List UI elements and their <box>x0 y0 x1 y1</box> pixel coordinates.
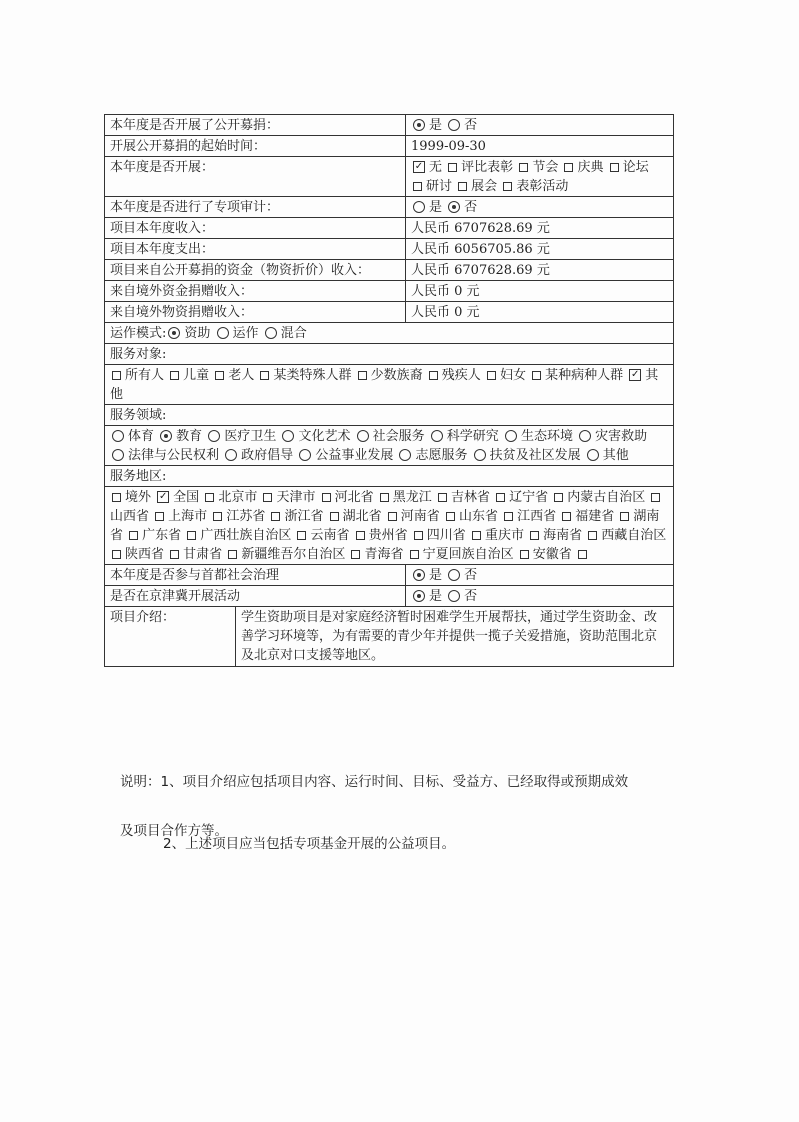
option-label: 运作 <box>233 326 259 341</box>
service-targets-option[interactable]: 儿童 <box>168 368 209 383</box>
radio-icon[interactable] <box>112 449 124 461</box>
checkbox-icon[interactable] <box>205 493 214 502</box>
service-regions-option[interactable]: 江苏省 <box>211 509 265 524</box>
operation-mode-row: 运作模式:资助 运作 混合 <box>105 323 674 344</box>
checkbox-icon[interactable] <box>458 182 467 191</box>
option-label: 公益事业发展 <box>315 448 393 463</box>
service-fields-option[interactable]: 法律与公民权利 <box>110 448 219 463</box>
option-label: 儿童 <box>183 368 209 383</box>
option-label: 资助 <box>184 326 210 341</box>
service-regions-option[interactable]: 福建省 <box>560 509 614 524</box>
row-value: 人民币 6707628.69 元 <box>406 218 674 239</box>
option-label: 天津市 <box>276 490 315 505</box>
yes-radio[interactable] <box>413 119 425 131</box>
service-regions-option[interactable]: 云南省 <box>295 528 349 543</box>
form-row: 来自境外资金捐赠收入：人民币 0 元 <box>105 281 674 302</box>
service-regions-option[interactable]: 甘肃省 <box>168 547 222 562</box>
service-regions-option[interactable]: 海南省 <box>528 528 582 543</box>
option-label: 内蒙古自治区 <box>567 490 645 505</box>
option-label: 江西省 <box>517 509 556 524</box>
service-regions-option[interactable]: 贵州省 <box>354 528 408 543</box>
service-fields-option[interactable]: 社会服务 <box>355 429 425 444</box>
checkbox-icon[interactable] <box>129 531 138 540</box>
option-label: 文化艺术 <box>298 429 350 444</box>
checkbox-icon[interactable] <box>410 550 419 559</box>
radio-icon[interactable] <box>505 430 517 442</box>
service-regions-option[interactable]: 北京市 <box>203 490 257 505</box>
intro-label: 项目介绍： <box>105 607 236 666</box>
radio-icon[interactable] <box>579 430 591 442</box>
service-regions-option[interactable]: 吉林省 <box>436 490 490 505</box>
checkbox-icon[interactable]: ✓ <box>413 161 425 173</box>
checkbox-icon[interactable] <box>651 493 660 502</box>
row-label: 项目来自公开募捐的资金（物资折价）收入： <box>105 260 406 281</box>
option-item[interactable]: 节会 <box>517 160 558 175</box>
option-item[interactable]: 展会 <box>456 179 497 194</box>
checkbox-icon[interactable] <box>187 531 196 540</box>
checkbox-icon[interactable] <box>562 512 571 521</box>
option-label: 展会 <box>471 179 497 194</box>
option-label: 庆典 <box>577 160 603 175</box>
service-fields-options-row: 体育 教育 医疗卫生 文化艺术 社会服务 科学研究 生态环境 灾害救助 法律与公… <box>105 426 674 466</box>
option-label: 社会服务 <box>373 429 425 444</box>
option-label: 所有人 <box>125 368 164 383</box>
service-regions-option[interactable]: 广西壮族自治区 <box>185 528 291 543</box>
service-regions-option[interactable]: 天津市 <box>261 490 315 505</box>
option-label: 科学研究 <box>447 429 499 444</box>
service-regions-option[interactable]: 青海省 <box>349 547 403 562</box>
option-label: 湖北省 <box>343 509 382 524</box>
no-radio[interactable] <box>448 201 460 213</box>
service-regions-option[interactable]: 宁夏回族自治区 <box>408 547 514 562</box>
option-label: 黑龙江 <box>393 490 432 505</box>
intro-table: 项目介绍：学生资助项目是对家庭经济暂时困难学生开展帮扶，通过学生资助金、改善学习… <box>105 607 673 666</box>
service-regions-option[interactable]: 黑龙江 <box>378 490 432 505</box>
service-fields-option[interactable]: 文化艺术 <box>280 429 350 444</box>
option-label: 扶贫及社区发展 <box>490 448 581 463</box>
checkbox-icon[interactable] <box>112 371 121 380</box>
radio-icon[interactable] <box>357 430 369 442</box>
checkbox-icon[interactable] <box>330 512 339 521</box>
checkbox-icon[interactable] <box>564 163 573 172</box>
radio-icon[interactable] <box>431 430 443 442</box>
service-targets-label: 服务对象: <box>110 347 166 362</box>
checkbox-icon[interactable] <box>413 182 422 191</box>
option-label: 无 <box>429 160 442 175</box>
option-label: 贵州省 <box>369 528 408 543</box>
service-regions-option[interactable] <box>576 547 591 562</box>
checkbox-icon[interactable] <box>610 163 619 172</box>
capital-governance-row: 本年度是否参与首都社会治理是 否 <box>105 565 674 586</box>
service-fields-option[interactable]: 其他 <box>585 448 629 463</box>
service-fields-label: 服务领域: <box>110 408 166 423</box>
checkbox-icon[interactable] <box>532 371 541 380</box>
no-radio[interactable] <box>448 590 460 602</box>
checkbox-icon[interactable] <box>578 550 587 559</box>
option-label: 老人 <box>228 368 254 383</box>
option-label: 新疆维吾尔自治区 <box>241 547 345 562</box>
yes-label: 是 <box>429 568 442 583</box>
checkbox-icon[interactable] <box>297 531 306 540</box>
option-label: 表彰活动 <box>516 179 568 194</box>
checkbox-icon[interactable] <box>446 512 455 521</box>
option-label: 安徽省 <box>533 547 572 562</box>
jingjinji-row: 是否在京津冀开展活动是 否 <box>105 586 674 607</box>
option-item[interactable]: ✓无 <box>411 160 442 175</box>
option-label: 海南省 <box>543 528 582 543</box>
option-label: 残疾人 <box>442 368 481 383</box>
service-targets-option[interactable]: 残疾人 <box>427 368 481 383</box>
checkbox-icon[interactable]: ✓ <box>157 491 169 503</box>
radio-icon[interactable] <box>587 449 599 461</box>
option-label: 生态环境 <box>521 429 573 444</box>
option-label: 节会 <box>532 160 558 175</box>
option-label: 陕西省 <box>125 547 164 562</box>
form-row: 本年度是否开展了公开募捐：是 否 <box>105 115 674 136</box>
checkbox-icon[interactable] <box>322 493 331 502</box>
operation-mode-label: 运作模式: <box>110 326 166 341</box>
checkbox-icon[interactable] <box>496 493 505 502</box>
operation-mode-option[interactable]: 混合 <box>263 326 307 341</box>
checkbox-icon[interactable] <box>271 512 280 521</box>
checkbox-icon[interactable] <box>519 163 528 172</box>
option-label: 河北省 <box>335 490 374 505</box>
service-regions-option[interactable]: 辽宁省 <box>494 490 548 505</box>
row-label: 来自境外物资捐赠收入： <box>105 302 406 323</box>
service-regions-header-row: 服务地区: <box>105 466 674 487</box>
option-label: 上海市 <box>168 509 207 524</box>
radio-icon[interactable] <box>217 327 229 339</box>
service-fields-header-row-cell: 服务领域: <box>105 405 674 426</box>
service-fields-header-row: 服务领域: <box>105 405 674 426</box>
checkbox-icon[interactable] <box>588 531 597 540</box>
checkbox-icon[interactable] <box>358 371 367 380</box>
form-row: 项目来自公开募捐的资金（物资折价）收入：人民币 6707628.69 元 <box>105 260 674 281</box>
option-item[interactable]: 表彰活动 <box>501 179 568 194</box>
option-item[interactable]: 论坛 <box>608 160 649 175</box>
service-fields-option[interactable]: 扶贫及社区发展 <box>472 448 581 463</box>
service-regions-option[interactable]: 境外 <box>110 490 151 505</box>
checkbox-icon[interactable] <box>438 493 447 502</box>
checkbox-icon[interactable] <box>472 531 481 540</box>
option-label: 云南省 <box>310 528 349 543</box>
checkbox-icon[interactable] <box>503 182 512 191</box>
service-regions-option[interactable]: 湖北省 <box>328 509 382 524</box>
row-value: 是 否 <box>406 115 674 136</box>
service-fields-option[interactable]: 医疗卫生 <box>206 429 276 444</box>
note-line-1: 说明：1、项目介绍应包括项目内容、运行时间、目标、受益方、已经取得或预期成效 <box>120 770 628 790</box>
service-targets-options-row-cell: 所有人 儿童 老人 某类特殊人群 少数族裔 残疾人 妇女 某种病种人群 ✓其他 <box>105 365 674 405</box>
service-fields-option[interactable]: 体育 <box>110 429 154 444</box>
service-fields-options-row-cell: 体育 教育 医疗卫生 文化艺术 社会服务 科学研究 生态环境 灾害救助 法律与公… <box>105 426 674 466</box>
service-regions-option[interactable]: 四川省 <box>412 528 466 543</box>
row-value: 人民币 0 元 <box>406 302 674 323</box>
yes-label: 是 <box>429 589 442 604</box>
option-label: 志愿服务 <box>415 448 467 463</box>
service-regions-header-row-cell: 服务地区: <box>105 466 674 487</box>
form-row: 来自境外物资捐赠收入：人民币 0 元 <box>105 302 674 323</box>
form-row: 开展公开募捐的起始时间：1999-09-30 <box>105 136 674 157</box>
row-label: 是否在京津冀开展活动 <box>105 586 406 607</box>
service-targets-header-row: 服务对象: <box>105 344 674 365</box>
service-targets-option[interactable]: 某种病种人群 <box>530 368 623 383</box>
service-regions-option[interactable]: 上海市 <box>153 509 207 524</box>
option-label: 河南省 <box>401 509 440 524</box>
service-targets-option[interactable]: 老人 <box>213 368 254 383</box>
checkbox-icon[interactable] <box>213 512 222 521</box>
checkbox-icon[interactable] <box>429 371 438 380</box>
service-regions-label: 服务地区: <box>110 469 166 484</box>
checkbox-icon[interactable] <box>112 493 121 502</box>
no-label: 否 <box>464 118 477 133</box>
service-regions-option[interactable]: 河北省 <box>320 490 374 505</box>
service-regions-option[interactable]: 山东省 <box>444 509 498 524</box>
option-label: 四川省 <box>427 528 466 543</box>
service-regions-option[interactable]: ✓全国 <box>155 490 199 505</box>
checkbox-icon[interactable] <box>487 371 496 380</box>
row-label: 本年度是否开展了公开募捐： <box>105 115 406 136</box>
option-label: 西藏自治区 <box>601 528 666 543</box>
option-label: 论坛 <box>623 160 649 175</box>
service-regions-option[interactable]: 重庆市 <box>470 528 524 543</box>
radio-icon[interactable] <box>225 449 237 461</box>
row-value: 是 否 <box>406 565 674 586</box>
radio-icon[interactable] <box>208 430 220 442</box>
form-row: 项目本年度收入：人民币 6707628.69 元 <box>105 218 674 239</box>
option-label: 政府倡导 <box>241 448 293 463</box>
checkbox-icon[interactable] <box>554 493 563 502</box>
option-label: 医疗卫生 <box>224 429 276 444</box>
option-label: 其他 <box>603 448 629 463</box>
checkbox-icon[interactable]: ✓ <box>629 369 641 381</box>
option-label: 境外 <box>125 490 151 505</box>
row-value: 是 否 <box>406 197 674 218</box>
service-targets-header-row-cell: 服务对象: <box>105 344 674 365</box>
radio-icon[interactable] <box>282 430 294 442</box>
service-regions-option[interactable]: 内蒙古自治区 <box>552 490 645 505</box>
option-label: 混合 <box>281 326 307 341</box>
row-label: 开展公开募捐的起始时间： <box>105 136 406 157</box>
service-regions-option[interactable]: 浙江省 <box>269 509 323 524</box>
service-regions-option[interactable]: 安徽省 <box>518 547 572 562</box>
option-label: 法律与公民权利 <box>128 448 219 463</box>
service-fields-option[interactable]: 科学研究 <box>429 429 499 444</box>
option-label: 宁夏回族自治区 <box>423 547 514 562</box>
radio-icon[interactable] <box>299 449 311 461</box>
operation-mode-row-cell: 运作模式:资助 运作 混合 <box>105 323 674 344</box>
no-radio[interactable] <box>448 569 460 581</box>
checkbox-icon[interactable] <box>520 550 529 559</box>
row-value: 1999-09-30 <box>406 136 674 157</box>
service-regions-option[interactable]: 广东省 <box>127 528 181 543</box>
checkbox-icon[interactable] <box>380 493 389 502</box>
checkbox-icon[interactable] <box>170 550 179 559</box>
service-fields-option[interactable]: 公益事业发展 <box>297 448 393 463</box>
option-label: 辽宁省 <box>509 490 548 505</box>
document-page: 本年度是否开展了公开募捐：是 否开展公开募捐的起始时间：1999-09-30本年… <box>0 0 799 1122</box>
service-targets-option[interactable]: 某类特殊人群 <box>258 368 351 383</box>
service-regions-option[interactable]: 河南省 <box>386 509 440 524</box>
option-label: 青海省 <box>364 547 403 562</box>
option-label: 体育 <box>128 429 154 444</box>
option-label: 福建省 <box>575 509 614 524</box>
checkbox-icon[interactable] <box>112 550 121 559</box>
option-label: 山西省 <box>110 509 149 524</box>
option-label: 某种病种人群 <box>545 368 623 383</box>
service-fields-option[interactable]: 志愿服务 <box>397 448 467 463</box>
option-label: 重庆市 <box>485 528 524 543</box>
service-targets-options-row: 所有人 儿童 老人 某类特殊人群 少数族裔 残疾人 妇女 某种病种人群 ✓其他 <box>105 365 674 405</box>
row-label: 本年度是否参与首都社会治理 <box>105 565 406 586</box>
row-label: 项目本年度收入： <box>105 218 406 239</box>
option-label: 灾害救助 <box>595 429 647 444</box>
project-form-table: 本年度是否开展了公开募捐：是 否开展公开募捐的起始时间：1999-09-30本年… <box>104 114 674 667</box>
yes-radio[interactable] <box>413 201 425 213</box>
service-regions-option[interactable]: 江西省 <box>502 509 556 524</box>
no-label: 否 <box>464 200 477 215</box>
checkbox-icon[interactable] <box>620 512 629 521</box>
service-regions-options-row-cell: 境外 ✓全国 北京市 天津市 河北省 黑龙江 吉林省 辽宁省 内蒙古自治区 山西… <box>105 487 674 565</box>
row-label: 本年度是否开展： <box>105 157 406 197</box>
intro-text: 学生资助项目是对家庭经济暂时困难学生开展帮扶，通过学生资助金、改善学习环境等，为… <box>236 607 674 666</box>
checkbox-icon[interactable] <box>263 493 272 502</box>
radio-icon[interactable] <box>474 449 486 461</box>
option-label: 某类特殊人群 <box>273 368 351 383</box>
checkbox-icon[interactable] <box>356 531 365 540</box>
option-item[interactable]: 庆典 <box>562 160 603 175</box>
service-targets-option[interactable]: 少数族裔 <box>356 368 423 383</box>
option-label: 江苏省 <box>226 509 265 524</box>
option-item[interactable]: 评比表彰 <box>446 160 513 175</box>
yes-label: 是 <box>429 118 442 133</box>
radio-icon[interactable] <box>265 327 277 339</box>
checkbox-icon[interactable] <box>530 531 539 540</box>
checkbox-icon[interactable] <box>414 531 423 540</box>
service-targets-option[interactable]: 妇女 <box>485 368 526 383</box>
option-label: 研讨 <box>426 179 452 194</box>
radio-icon[interactable] <box>168 327 180 339</box>
checkbox-icon[interactable] <box>215 371 224 380</box>
option-label: 广西壮族自治区 <box>200 528 291 543</box>
option-label: 评比表彰 <box>461 160 513 175</box>
intro-row: 项目介绍：学生资助项目是对家庭经济暂时困难学生开展帮扶，通过学生资助金、改善学习… <box>105 607 674 667</box>
checkbox-icon[interactable] <box>155 512 164 521</box>
operation-mode-option[interactable]: 资助 <box>166 326 210 341</box>
option-label: 山东省 <box>459 509 498 524</box>
radio-icon[interactable] <box>160 430 172 442</box>
checkbox-icon[interactable] <box>170 371 179 380</box>
row-value: 是 否 <box>406 586 674 607</box>
row-value: 人民币 6056705.86 元 <box>406 239 674 260</box>
option-label: 甘肃省 <box>183 547 222 562</box>
row-value: 人民币 0 元 <box>406 281 674 302</box>
no-radio[interactable] <box>448 119 460 131</box>
yes-radio[interactable] <box>413 590 425 602</box>
yes-label: 是 <box>429 200 442 215</box>
checkbox-icon[interactable] <box>228 550 237 559</box>
note-line-3: 2、上述项目应当包括专项基金开展的公益项目。 <box>163 832 455 852</box>
option-label: 吉林省 <box>451 490 490 505</box>
no-label: 否 <box>464 568 477 583</box>
row-value: ✓无 评比表彰 节会 庆典 论坛 研讨 展会 表彰活动 <box>406 157 674 197</box>
yes-radio[interactable] <box>413 569 425 581</box>
option-item[interactable]: 研讨 <box>411 179 452 194</box>
service-fields-option[interactable]: 灾害救助 <box>577 429 647 444</box>
row-label: 来自境外资金捐赠收入： <box>105 281 406 302</box>
option-label: 全国 <box>173 490 199 505</box>
checkbox-icon[interactable] <box>388 512 397 521</box>
option-label: 北京市 <box>218 490 257 505</box>
radio-icon[interactable] <box>399 449 411 461</box>
service-regions-option[interactable]: 新疆维吾尔自治区 <box>226 547 345 562</box>
form-row: 项目本年度支出：人民币 6056705.86 元 <box>105 239 674 260</box>
option-label: 广东省 <box>142 528 181 543</box>
checkbox-icon[interactable] <box>448 163 457 172</box>
checkbox-icon[interactable] <box>260 371 269 380</box>
intro-cell: 项目介绍：学生资助项目是对家庭经济暂时困难学生开展帮扶，通过学生资助金、改善学习… <box>105 607 674 667</box>
checkbox-icon[interactable] <box>504 512 513 521</box>
service-regions-options-row: 境外 ✓全国 北京市 天津市 河北省 黑龙江 吉林省 辽宁省 内蒙古自治区 山西… <box>105 487 674 565</box>
option-label: 少数族裔 <box>371 368 423 383</box>
radio-icon[interactable] <box>112 430 124 442</box>
form-row: 本年度是否开展：✓无 评比表彰 节会 庆典 论坛 研讨 展会 表彰活动 <box>105 157 674 197</box>
service-fields-option[interactable]: 教育 <box>158 429 202 444</box>
service-regions-option[interactable]: 西藏自治区 <box>586 528 666 543</box>
operation-mode-option[interactable]: 运作 <box>215 326 259 341</box>
service-fields-option[interactable]: 生态环境 <box>503 429 573 444</box>
form-row: 本年度是否进行了专项审计：是 否 <box>105 197 674 218</box>
service-targets-option[interactable]: 所有人 <box>110 368 164 383</box>
option-label: 教育 <box>176 429 202 444</box>
option-label: 妇女 <box>500 368 526 383</box>
no-label: 否 <box>464 589 477 604</box>
service-regions-option[interactable]: 陕西省 <box>110 547 164 562</box>
row-label: 本年度是否进行了专项审计： <box>105 197 406 218</box>
service-fields-option[interactable]: 政府倡导 <box>223 448 293 463</box>
option-label: 浙江省 <box>284 509 323 524</box>
checkbox-icon[interactable] <box>351 550 360 559</box>
row-label: 项目本年度支出： <box>105 239 406 260</box>
row-value: 人民币 6707628.69 元 <box>406 260 674 281</box>
